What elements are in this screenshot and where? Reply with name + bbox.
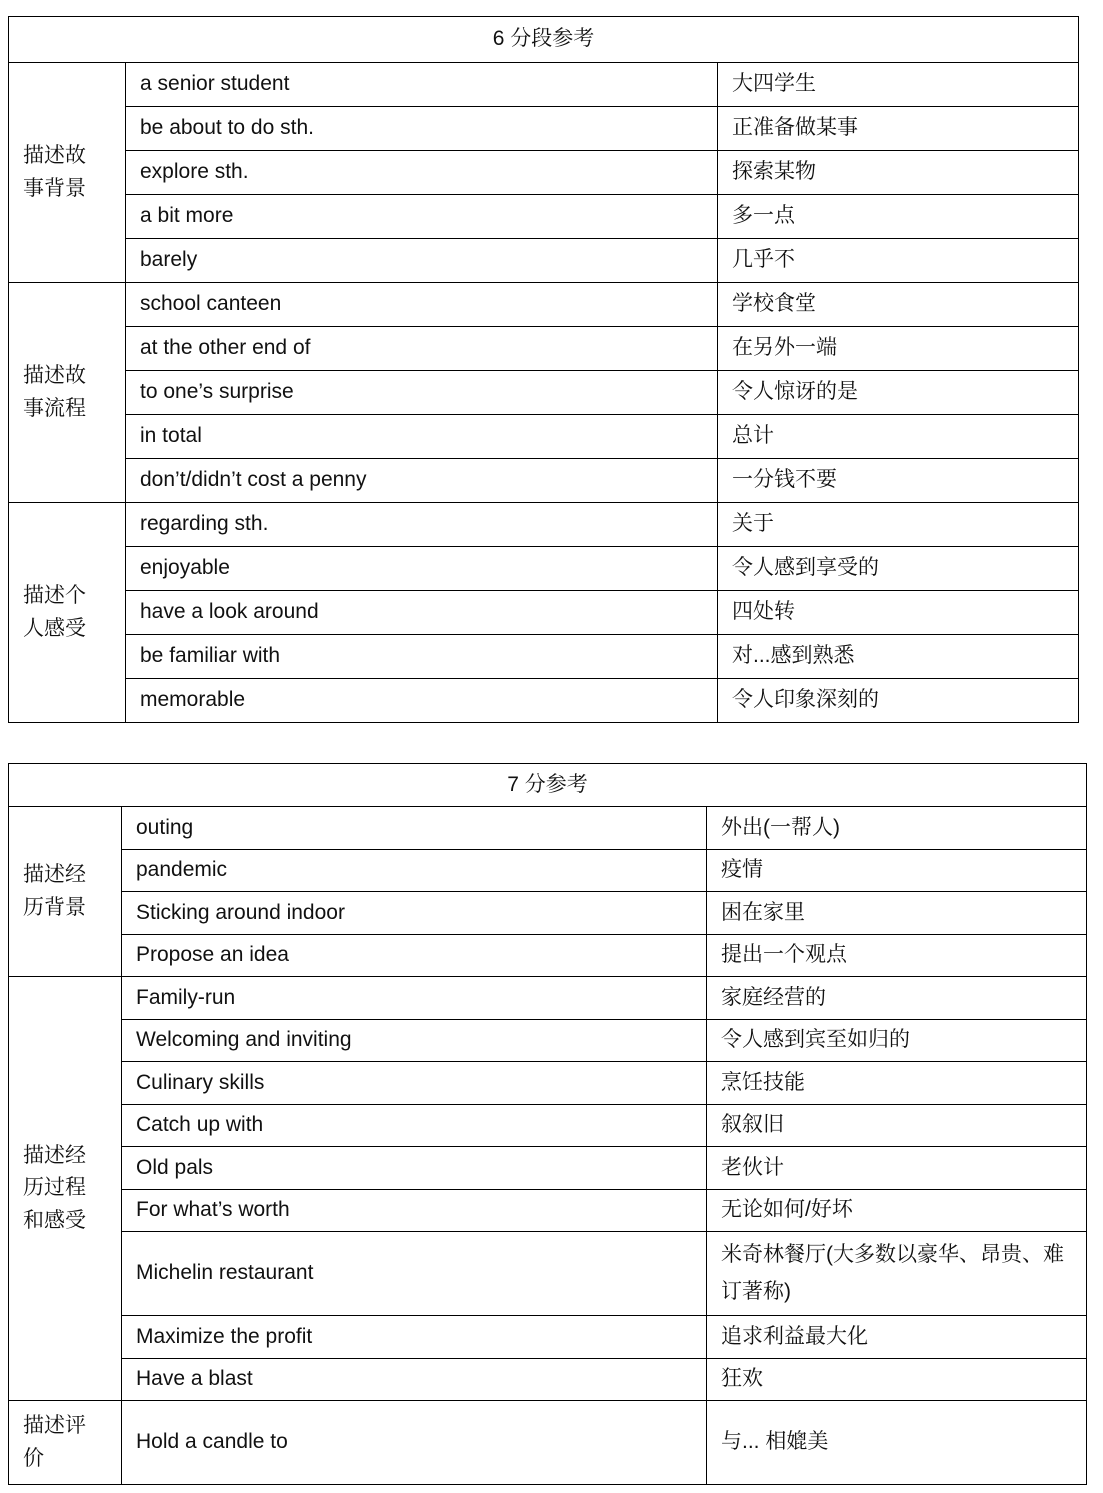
english-term: Michelin restaurant xyxy=(122,1232,707,1316)
chinese-meaning: 总计 xyxy=(718,415,1079,459)
table-row: 描述经历过程和感受 Family-run 家庭经营的 xyxy=(9,977,1087,1020)
chinese-meaning: 一分钱不要 xyxy=(718,459,1079,503)
chinese-meaning: 米奇林餐厅(大多数以豪华、昂贵、难订著称) xyxy=(707,1232,1087,1316)
table-row: 描述个人感受 regarding sth. 关于 xyxy=(9,503,1079,547)
english-term: Family-run xyxy=(122,977,707,1020)
chinese-meaning: 令人感到宾至如归的 xyxy=(707,1019,1087,1062)
chinese-meaning: 提出一个观点 xyxy=(707,934,1087,977)
english-term: Welcoming and inviting xyxy=(122,1019,707,1062)
english-term: in total xyxy=(126,415,718,459)
chinese-meaning: 令人惊讶的是 xyxy=(718,371,1079,415)
english-term: Catch up with xyxy=(122,1104,707,1147)
table-row: to one’s surprise 令人惊讶的是 xyxy=(9,371,1079,415)
table-row: 描述经历背景 outing 外出(一帮人) xyxy=(9,807,1087,850)
table-row: have a look around 四处转 xyxy=(9,591,1079,635)
chinese-meaning: 追求利益最大化 xyxy=(707,1316,1087,1359)
table-row: Propose an idea 提出一个观点 xyxy=(9,934,1087,977)
english-term: pandemic xyxy=(122,849,707,892)
english-term: to one’s surprise xyxy=(126,371,718,415)
table-row: Welcoming and inviting 令人感到宾至如归的 xyxy=(9,1019,1087,1062)
chinese-meaning: 疫情 xyxy=(707,849,1087,892)
english-term: at the other end of xyxy=(126,327,718,371)
table-row: explore sth. 探索某物 xyxy=(9,151,1079,195)
chinese-meaning: 老伙计 xyxy=(707,1147,1087,1190)
english-term: a senior student xyxy=(126,63,718,107)
table-row: For what’s worth 无论如何/好坏 xyxy=(9,1189,1087,1232)
table-row: enjoyable 令人感到享受的 xyxy=(9,547,1079,591)
table-row: don’t/didn’t cost a penny 一分钱不要 xyxy=(9,459,1079,503)
english-term: regarding sth. xyxy=(126,503,718,547)
english-term: Sticking around indoor xyxy=(122,892,707,935)
english-term: a bit more xyxy=(126,195,718,239)
table-row: in total 总计 xyxy=(9,415,1079,459)
english-term: have a look around xyxy=(126,591,718,635)
table-row: Culinary skills 烹饪技能 xyxy=(9,1062,1087,1105)
english-term: enjoyable xyxy=(126,547,718,591)
table-row: a bit more 多一点 xyxy=(9,195,1079,239)
chinese-meaning: 叙叙旧 xyxy=(707,1104,1087,1147)
table-row: 描述故事流程 school canteen 学校食堂 xyxy=(9,283,1079,327)
chinese-meaning: 关于 xyxy=(718,503,1079,547)
chinese-meaning: 与... 相媲美 xyxy=(707,1401,1087,1485)
table-row: 描述故事背景 a senior student 大四学生 xyxy=(9,63,1079,107)
chinese-meaning: 正准备做某事 xyxy=(718,107,1079,151)
vocab-table-7-points: 7 分参考 描述经历背景 outing 外出(一帮人) pandemic 疫情 … xyxy=(8,763,1087,1485)
english-term: memorable xyxy=(126,679,718,723)
english-term: school canteen xyxy=(126,283,718,327)
chinese-meaning: 令人感到享受的 xyxy=(718,547,1079,591)
table-row: 描述评价 Hold a candle to 与... 相媲美 xyxy=(9,1401,1087,1485)
table-row: Maximize the profit 追求利益最大化 xyxy=(9,1316,1087,1359)
english-term: Culinary skills xyxy=(122,1062,707,1105)
category-cell: 描述评价 xyxy=(9,1401,122,1485)
table-title: 6 分段参考 xyxy=(9,17,1079,63)
chinese-meaning: 多一点 xyxy=(718,195,1079,239)
english-term: Have a blast xyxy=(122,1358,707,1401)
table-row: barely 几乎不 xyxy=(9,239,1079,283)
english-term: be about to do sth. xyxy=(126,107,718,151)
table-row: Michelin restaurant 米奇林餐厅(大多数以豪华、昂贵、难订著称… xyxy=(9,1232,1087,1316)
table-row: Catch up with 叙叙旧 xyxy=(9,1104,1087,1147)
english-term: Maximize the profit xyxy=(122,1316,707,1359)
chinese-meaning: 学校食堂 xyxy=(718,283,1079,327)
chinese-meaning: 令人印象深刻的 xyxy=(718,679,1079,723)
category-cell: 描述经历过程和感受 xyxy=(9,977,122,1401)
chinese-meaning: 狂欢 xyxy=(707,1358,1087,1401)
english-term: don’t/didn’t cost a penny xyxy=(126,459,718,503)
category-cell: 描述故事背景 xyxy=(9,63,126,283)
table-row: at the other end of 在另外一端 xyxy=(9,327,1079,371)
english-term: Propose an idea xyxy=(122,934,707,977)
table-row: Have a blast 狂欢 xyxy=(9,1358,1087,1401)
category-cell: 描述故事流程 xyxy=(9,283,126,503)
english-term: For what’s worth xyxy=(122,1189,707,1232)
chinese-meaning: 困在家里 xyxy=(707,892,1087,935)
chinese-meaning: 烹饪技能 xyxy=(707,1062,1087,1105)
english-term: Old pals xyxy=(122,1147,707,1190)
table-row: be familiar with 对...感到熟悉 xyxy=(9,635,1079,679)
english-term: outing xyxy=(122,807,707,850)
category-cell: 描述个人感受 xyxy=(9,503,126,723)
chinese-meaning: 对...感到熟悉 xyxy=(718,635,1079,679)
english-term: explore sth. xyxy=(126,151,718,195)
vocab-table-6-points: 6 分段参考 描述故事背景 a senior student 大四学生 be a… xyxy=(8,16,1079,723)
chinese-meaning: 几乎不 xyxy=(718,239,1079,283)
category-cell: 描述经历背景 xyxy=(9,807,122,977)
chinese-meaning: 四处转 xyxy=(718,591,1079,635)
chinese-meaning: 家庭经营的 xyxy=(707,977,1087,1020)
table-row: be about to do sth. 正准备做某事 xyxy=(9,107,1079,151)
chinese-meaning: 大四学生 xyxy=(718,63,1079,107)
table-row: memorable 令人印象深刻的 xyxy=(9,679,1079,723)
english-term: be familiar with xyxy=(126,635,718,679)
chinese-meaning: 外出(一帮人) xyxy=(707,807,1087,850)
chinese-meaning: 在另外一端 xyxy=(718,327,1079,371)
table-title: 7 分参考 xyxy=(9,764,1087,807)
chinese-meaning: 探索某物 xyxy=(718,151,1079,195)
english-term: barely xyxy=(126,239,718,283)
table-row: Old pals 老伙计 xyxy=(9,1147,1087,1190)
table-row: pandemic 疫情 xyxy=(9,849,1087,892)
english-term: Hold a candle to xyxy=(122,1401,707,1485)
chinese-meaning: 无论如何/好坏 xyxy=(707,1189,1087,1232)
table-row: Sticking around indoor 困在家里 xyxy=(9,892,1087,935)
